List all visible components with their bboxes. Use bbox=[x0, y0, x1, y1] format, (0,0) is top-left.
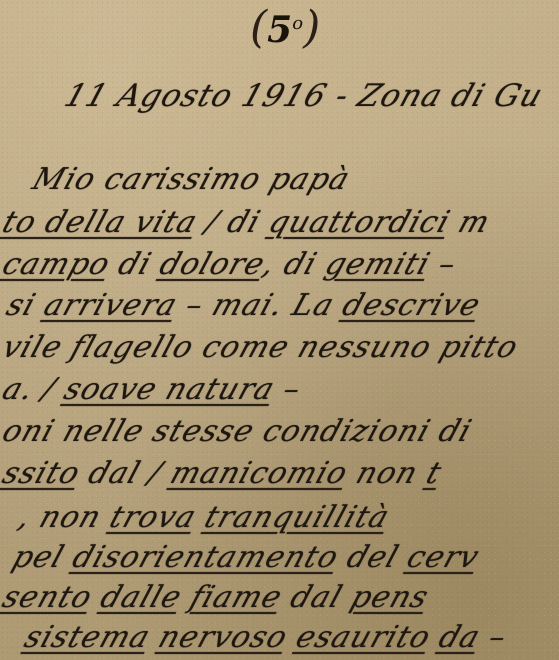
header-separator: - bbox=[331, 78, 354, 114]
salutation: Mio carissimo papà bbox=[28, 162, 355, 197]
letter-line: vile flagello come nessuno pitto bbox=[0, 330, 523, 365]
underlined-word: quattordici bbox=[264, 205, 454, 240]
page-number-value: 5 bbox=[267, 9, 292, 51]
underlined-word: nervoso bbox=[154, 620, 292, 655]
word: , non bbox=[14, 500, 117, 535]
word: vile flagello come nessuno pitto bbox=[0, 330, 523, 365]
word: / di bbox=[191, 205, 276, 240]
letter-place: Zona di Gu bbox=[353, 78, 548, 114]
letter-line: si arrivera – mai. La descrive bbox=[2, 288, 485, 323]
word: del bbox=[332, 540, 414, 575]
letter-line: ssito dal / manicomio non t bbox=[0, 456, 446, 491]
word: oni nelle stesse condizioni di bbox=[0, 414, 476, 449]
underlined-word: gemiti bbox=[321, 247, 435, 282]
underlined-word: manicomio bbox=[166, 456, 353, 491]
underlined-word: tranquillità bbox=[200, 500, 394, 535]
underlined-word: dolore bbox=[155, 247, 269, 282]
page-number: (5o) bbox=[250, 2, 320, 53]
underlined-word: arrivera bbox=[40, 288, 182, 323]
underlined-word: sistema bbox=[20, 620, 155, 655]
page-number-close-paren: ) bbox=[303, 2, 320, 53]
page-number-ordinal: o bbox=[292, 13, 303, 34]
underlined-word: disorientamento bbox=[68, 540, 343, 575]
word: dal / bbox=[74, 456, 178, 491]
word: , di bbox=[258, 247, 332, 282]
letter-line: sistema nervoso esaurito da – bbox=[20, 620, 511, 655]
letter-line: to della vita / di quattordici m bbox=[0, 205, 495, 240]
letter-date: 11 Agosto 1916 bbox=[60, 78, 332, 114]
underlined-word: campo bbox=[0, 247, 115, 282]
letter-line: oni nelle stesse condizioni di bbox=[0, 414, 476, 449]
underlined-word: esaurito bbox=[292, 620, 436, 655]
underlined-word: trova bbox=[105, 500, 201, 535]
letter-line: campo di dolore, di gemiti – bbox=[0, 247, 461, 282]
underlined-word: to della vita bbox=[0, 205, 202, 240]
underlined-word: ssito bbox=[0, 456, 85, 491]
word: – mai. La bbox=[171, 288, 350, 323]
letter-line: pel disorientamento del cerv bbox=[8, 540, 484, 575]
letter-line: , non trova tranquillità bbox=[14, 500, 394, 535]
page-number-open-paren: ( bbox=[250, 2, 267, 53]
underlined-word: cerv bbox=[403, 540, 484, 575]
letter-header: 11 Agosto 1916 - Zona di Gu bbox=[60, 78, 548, 114]
letter-line: sento dalle fiame dal pens bbox=[0, 580, 433, 615]
underlined-word: dalle bbox=[96, 580, 186, 615]
word: dal bbox=[276, 580, 358, 615]
underlined-word: pens bbox=[346, 580, 433, 615]
underlined-word: descrive bbox=[338, 288, 485, 323]
underlined-word: fiame bbox=[186, 580, 287, 615]
underlined-word: sento bbox=[0, 580, 97, 615]
word: non bbox=[341, 456, 433, 491]
underlined-word: soave natura bbox=[60, 372, 280, 407]
letter-line: a. / soave natura – bbox=[0, 372, 306, 407]
